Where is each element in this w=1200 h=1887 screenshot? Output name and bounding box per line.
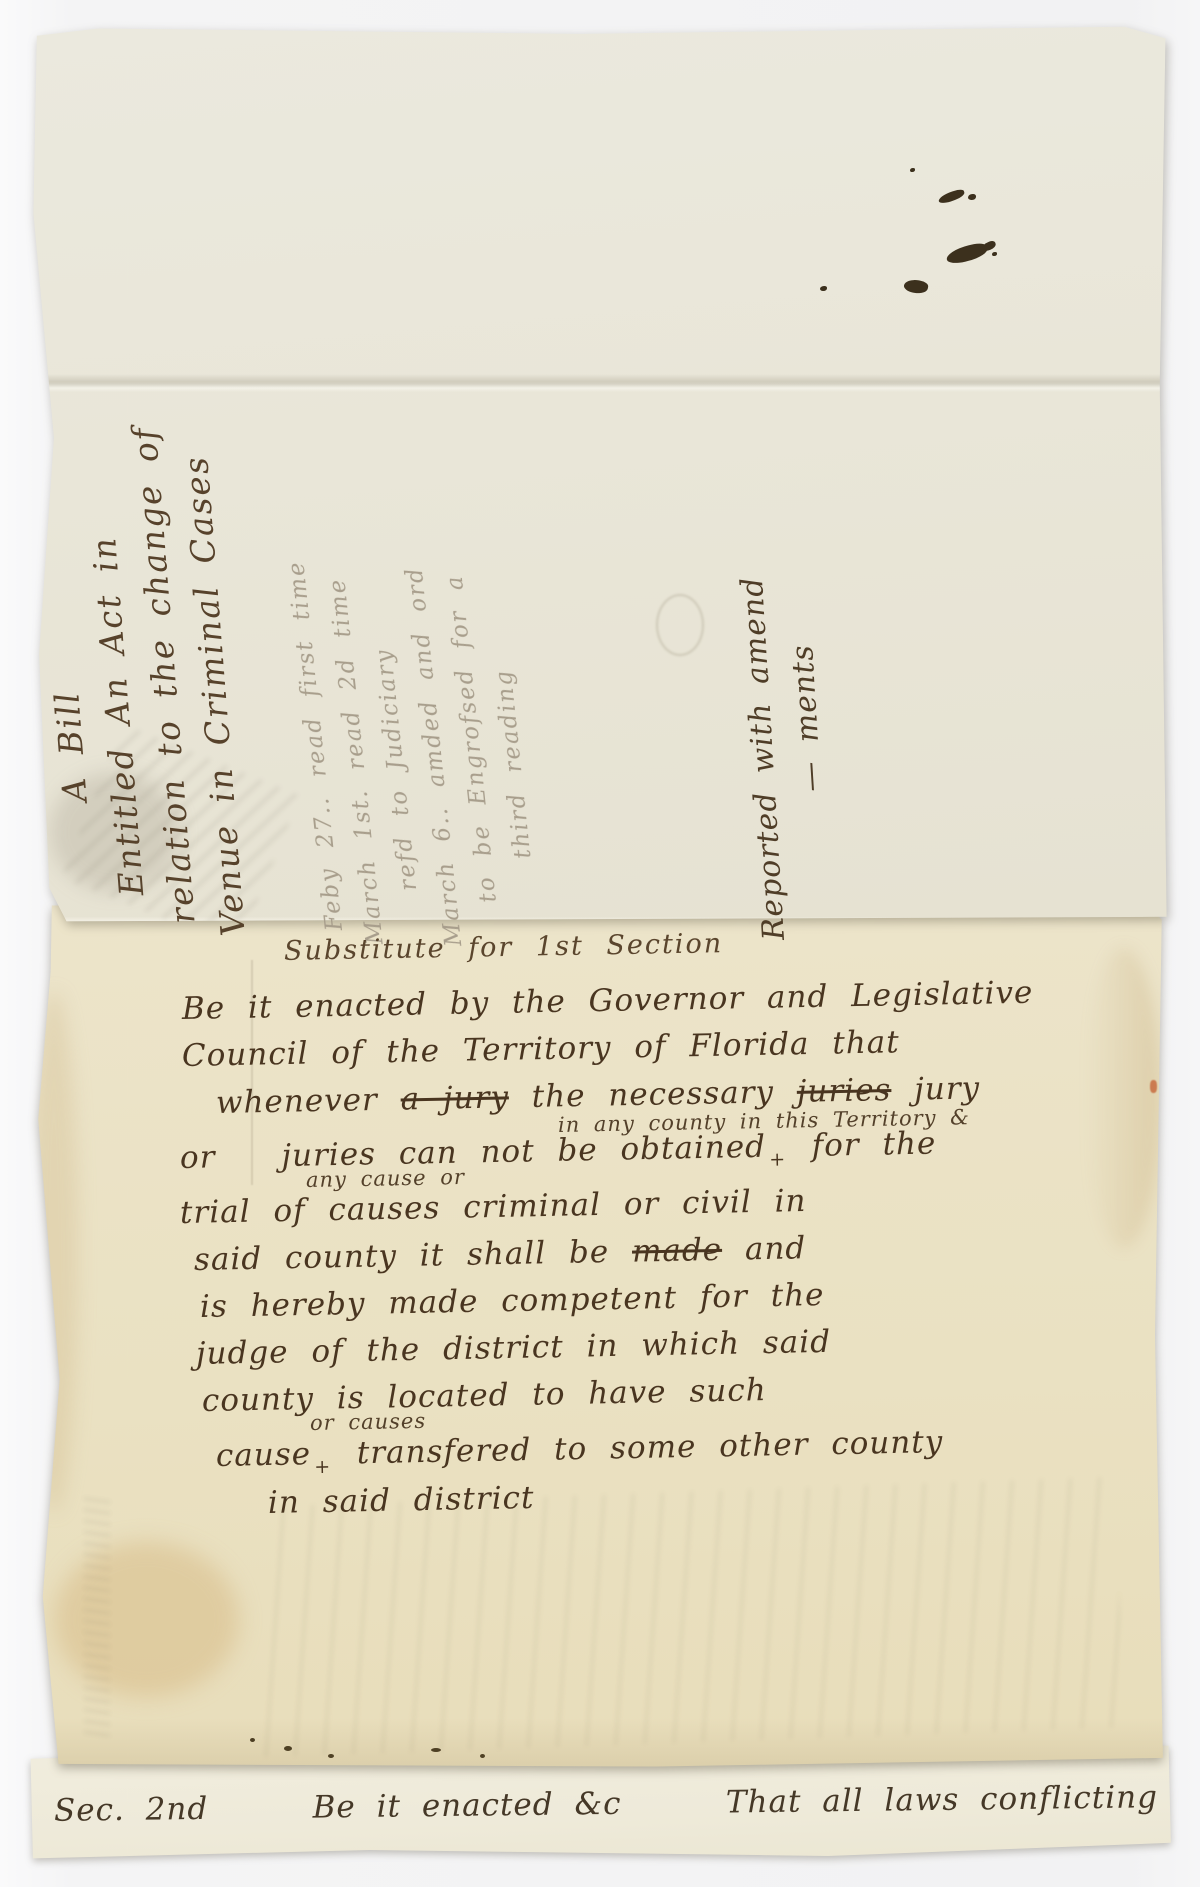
footer-enacting-clause: Be it enacted &c xyxy=(312,1786,621,1826)
hand-text: Council of the Territory of Florida that xyxy=(182,1024,900,1074)
edge-stain-left xyxy=(30,992,78,1512)
hand-text: transfered to some other county xyxy=(334,1424,944,1472)
hand-text: cause xyxy=(216,1436,312,1474)
ink-blot xyxy=(937,188,965,205)
ink-blot xyxy=(981,240,997,252)
ink-blot xyxy=(910,168,915,172)
struck-text: made xyxy=(632,1232,723,1270)
ink-blot xyxy=(968,194,976,200)
hand-text: trial of causes criminal or civil in xyxy=(180,1183,807,1231)
hand-text: whenever xyxy=(216,1081,401,1121)
hand-text: and xyxy=(722,1230,807,1268)
hand-text: in said district xyxy=(268,1480,535,1521)
pencil-squiggle xyxy=(84,1492,110,1742)
footer-section-label: Sec. 2nd xyxy=(54,1791,209,1829)
footer-closing-text: That all laws conflicting xyxy=(726,1779,1159,1820)
gap xyxy=(216,1166,282,1167)
hand-text: jury xyxy=(891,1070,980,1108)
ink-blot xyxy=(992,252,997,256)
bottom-shade xyxy=(36,1718,1164,1770)
hand-text: judge of the district in which said xyxy=(196,1324,832,1372)
struck-text: a jury xyxy=(400,1079,509,1117)
ink-blot xyxy=(820,286,827,291)
warm-stain-bottom-left xyxy=(54,1542,239,1697)
ink-blot xyxy=(903,278,929,295)
hand-text: or xyxy=(180,1139,216,1176)
struck-text: juries xyxy=(796,1072,891,1110)
hand-text: said county it shall be xyxy=(194,1234,633,1278)
hand-text: is hereby made competent for the xyxy=(200,1277,825,1325)
caret-mark: + xyxy=(314,1456,331,1478)
body-text: Be it enacted by the Governor and Legisl… xyxy=(178,986,1158,1527)
docket-block: A BillEntitled An Act inrelation to the … xyxy=(62,382,844,938)
